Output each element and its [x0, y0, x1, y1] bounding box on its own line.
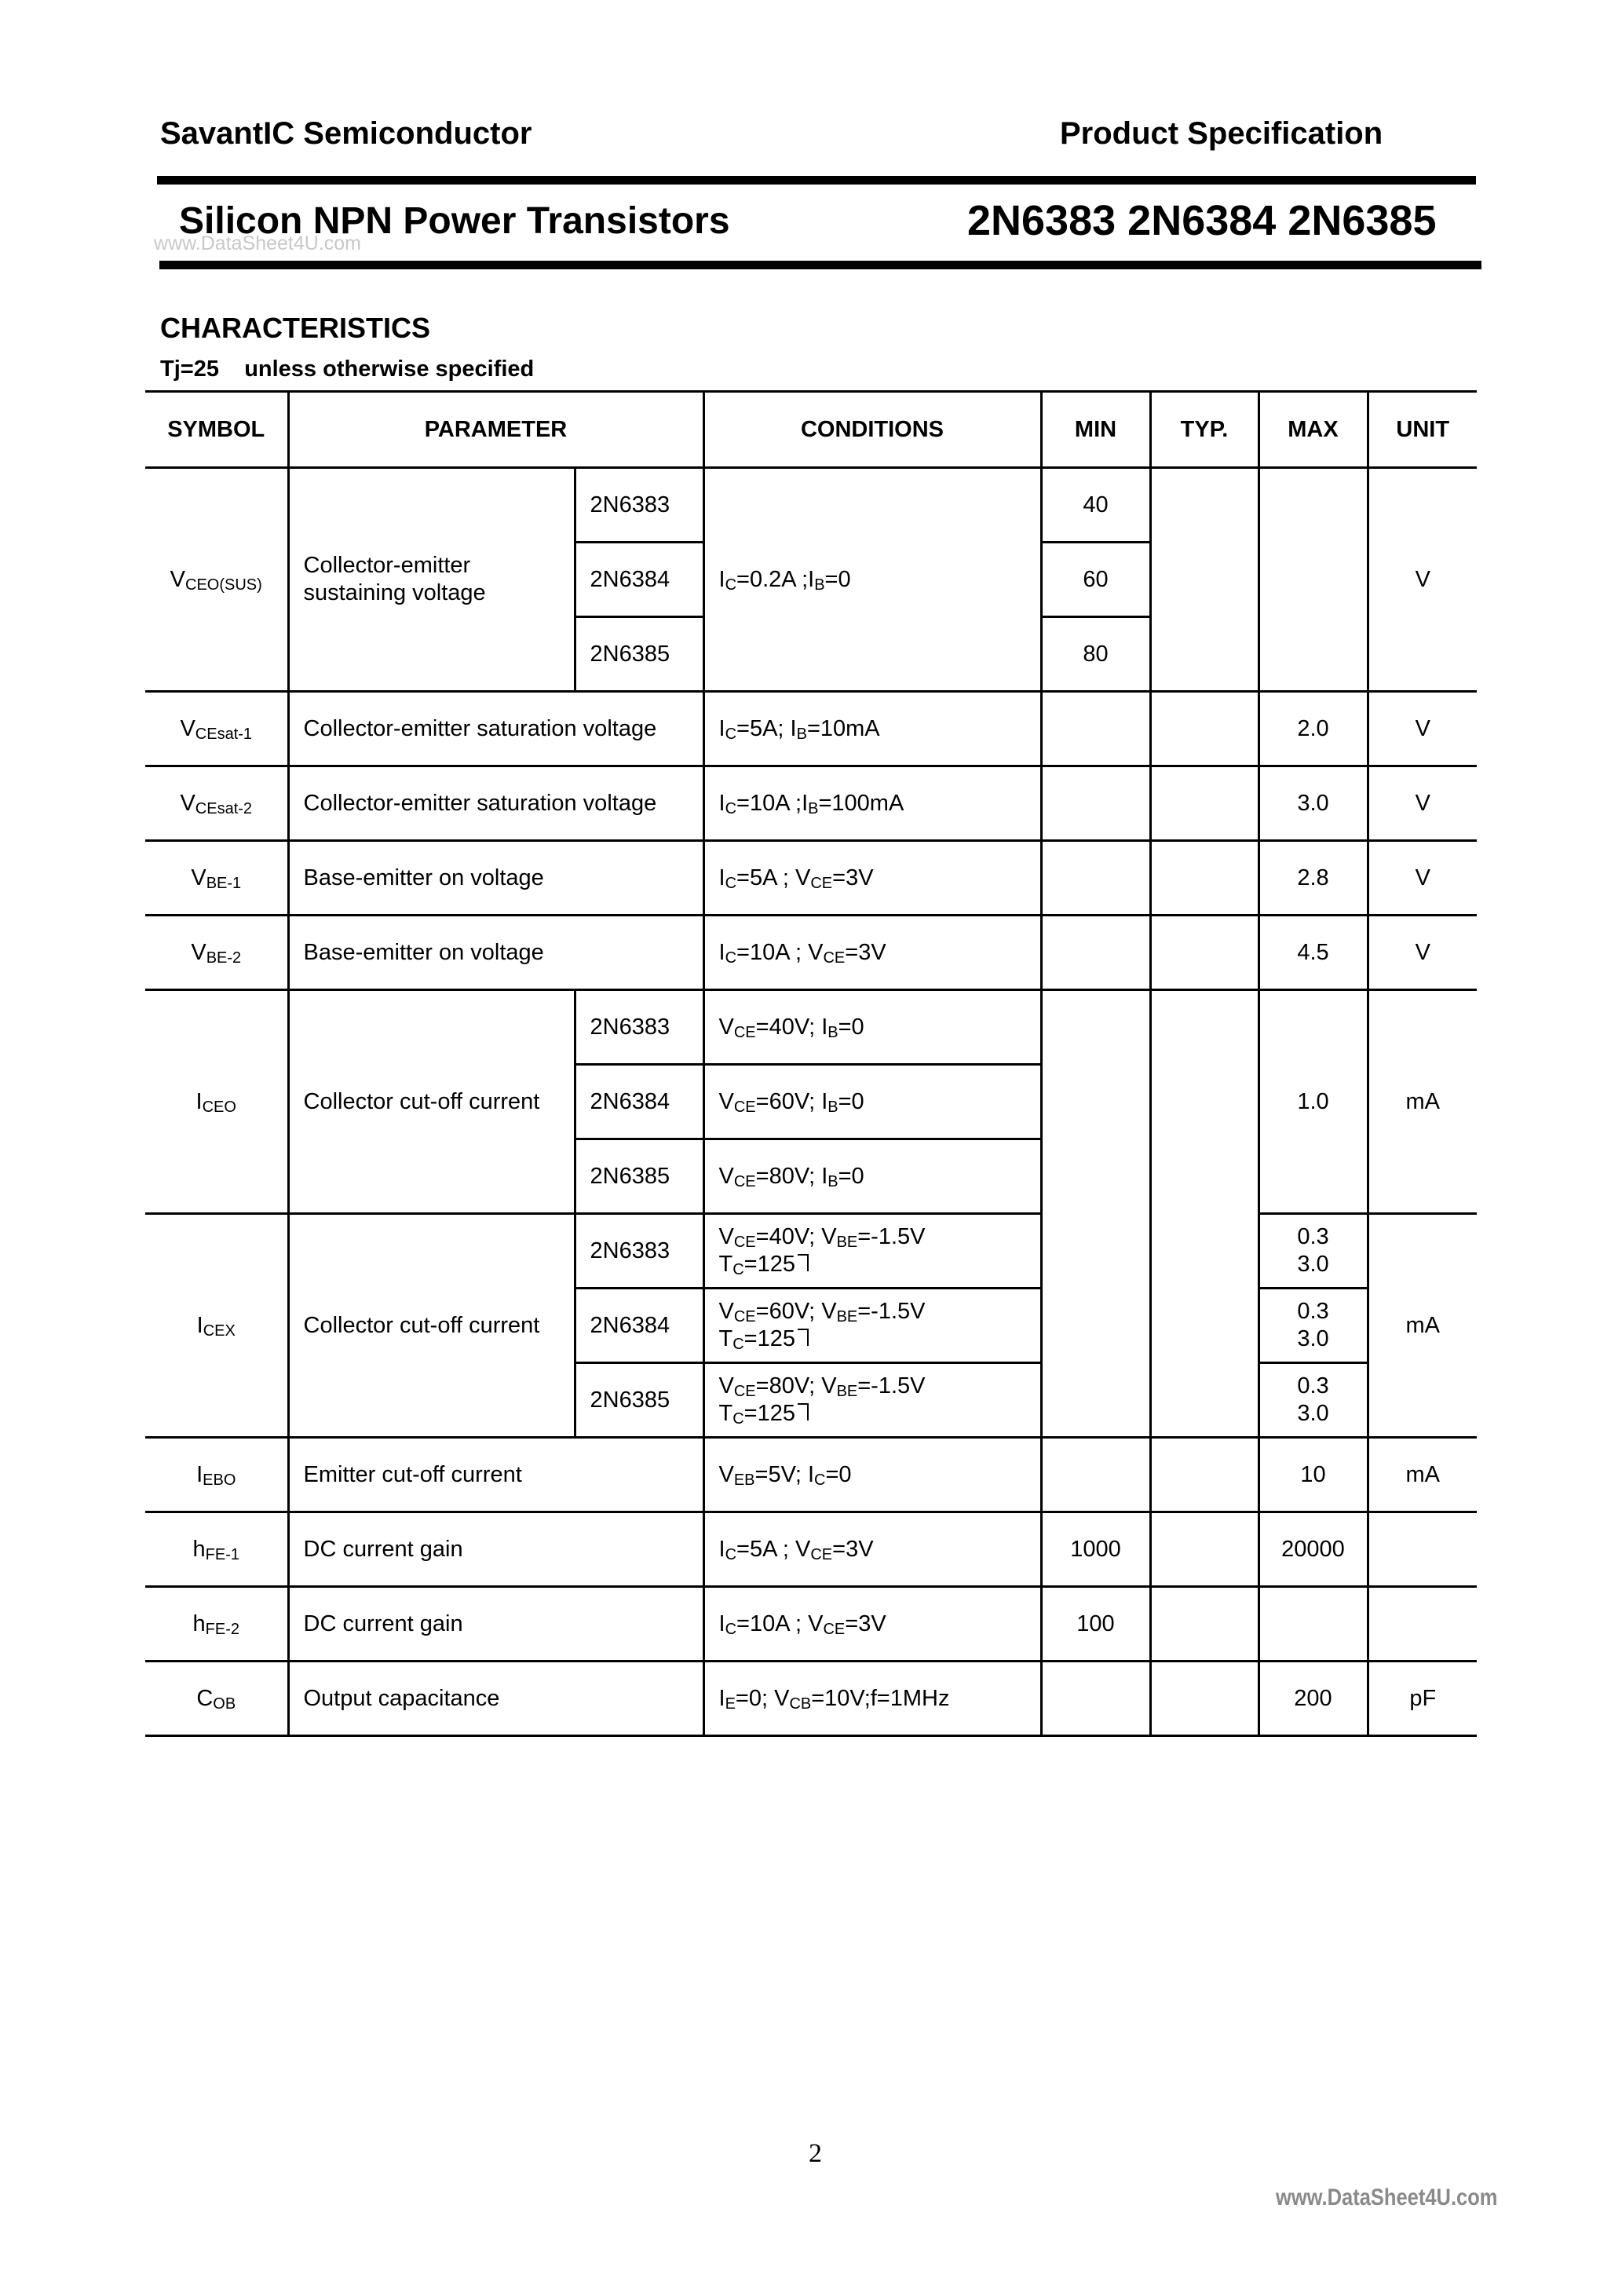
max-cell: 0.33.0 [1259, 1363, 1368, 1438]
unit-cell: pF [1368, 1662, 1477, 1736]
symbol-cell: ICEX [145, 1214, 288, 1438]
table-row: VCEO(SUS) Collector-emittersustaining vo… [145, 468, 1477, 543]
variant-cell: 2N6385 [575, 617, 703, 692]
max-cell: 0.33.0 [1259, 1289, 1368, 1363]
max-cell: 4.5 [1259, 916, 1368, 990]
unit-cell: V [1368, 766, 1477, 841]
col-header-min: MIN [1041, 392, 1150, 468]
conditions-cell: IE=0; VCB=10V;f=1MHz [703, 1662, 1041, 1736]
col-header-max: MAX [1259, 392, 1368, 468]
unit-cell: V [1368, 841, 1477, 916]
variant-cell: 2N6385 [575, 1139, 703, 1214]
max-cell [1259, 468, 1368, 692]
conditions-cell: IC=10A ;IB=100mA [703, 766, 1041, 841]
parameter-cell: Collector-emitter saturation voltage [288, 766, 703, 841]
table-row: ICEX Collector cut-off current 2N6383 VC… [145, 1214, 1477, 1289]
test-condition-note: Tj=25 unless otherwise specified [160, 356, 534, 382]
unit-cell: V [1368, 916, 1477, 990]
page-number: 2 [809, 2139, 822, 2169]
typ-cell [1150, 1438, 1259, 1512]
col-header-parameter: PARAMETER [288, 392, 703, 468]
col-header-typ: TYP. [1150, 392, 1259, 468]
min-cell [1041, 766, 1150, 841]
typ-cell [1150, 1512, 1259, 1587]
min-cell [1041, 841, 1150, 916]
col-header-symbol: SYMBOL [145, 392, 288, 468]
unit-cell: V [1368, 468, 1477, 692]
conditions-cell: IC=5A; IB=10mA [703, 692, 1041, 766]
degree-celsius-glyph-icon [798, 1403, 809, 1420]
symbol-cell: COB [145, 1662, 288, 1736]
typ-cell [1150, 468, 1259, 692]
min-cell: 100 [1041, 1587, 1150, 1662]
max-cell: 10 [1259, 1438, 1368, 1512]
variant-cell: 2N6383 [575, 1214, 703, 1289]
symbol-cell: ICEO [145, 990, 288, 1214]
header-rule-bottom [159, 261, 1481, 269]
document-type: Product Specification [1060, 116, 1383, 152]
min-cell: 60 [1041, 543, 1150, 617]
symbol-cell: VCEsat-2 [145, 766, 288, 841]
table-row: VBE-1 Base-emitter on voltage IC=5A ; VC… [145, 841, 1477, 916]
company-name: SavantIC Semiconductor [160, 116, 532, 152]
conditions-cell: IC=5A ; VCE=3V [703, 841, 1041, 916]
variant-cell: 2N6383 [575, 990, 703, 1065]
min-cell [1041, 692, 1150, 766]
parameter-cell: DC current gain [288, 1512, 703, 1587]
col-header-unit: UNIT [1368, 392, 1477, 468]
table-row: hFE-1 DC current gain IC=5A ; VCE=3V 100… [145, 1512, 1477, 1587]
parameter-cell: Collector cut-off current [288, 990, 575, 1214]
table-header-row: SYMBOL PARAMETER CONDITIONS MIN TYP. MAX… [145, 392, 1477, 468]
min-cell [1041, 1662, 1150, 1736]
degree-celsius-glyph-icon [798, 1254, 809, 1271]
parameter-cell: Base-emitter on voltage [288, 916, 703, 990]
parameter-cell: Collector-emitter saturation voltage [288, 692, 703, 766]
part-numbers: 2N6383 2N6384 2N6385 [967, 196, 1436, 245]
parameter-cell: DC current gain [288, 1587, 703, 1662]
conditions-cell: IC=0.2A ;IB=0 [703, 468, 1041, 692]
table-row: hFE-2 DC current gain IC=10A ; VCE=3V 10… [145, 1587, 1477, 1662]
typ-cell [1150, 841, 1259, 916]
unit-cell [1368, 1512, 1477, 1587]
symbol-cell: hFE-1 [145, 1512, 288, 1587]
max-cell: 0.33.0 [1259, 1214, 1368, 1289]
conditions-cell: VEB=5V; IC=0 [703, 1438, 1041, 1512]
min-cell: 80 [1041, 617, 1150, 692]
symbol-cell: VBE-1 [145, 841, 288, 916]
parameter-cell: Output capacitance [288, 1662, 703, 1736]
table-row: VCEsat-1 Collector-emitter saturation vo… [145, 692, 1477, 766]
variant-cell: 2N6384 [575, 1065, 703, 1139]
typ-cell [1150, 1587, 1259, 1662]
conditions-cell: VCE=80V; VBE=-1.5VTC=125 [703, 1363, 1041, 1438]
symbol-cell: IEBO [145, 1438, 288, 1512]
max-cell: 2.8 [1259, 841, 1368, 916]
min-cell: 40 [1041, 468, 1150, 543]
min-cell: 1000 [1041, 1512, 1150, 1587]
max-cell: 200 [1259, 1662, 1368, 1736]
unit-cell: mA [1368, 1214, 1477, 1438]
conditions-cell: IC=5A ; VCE=3V [703, 1512, 1041, 1587]
unit-cell: mA [1368, 990, 1477, 1214]
variant-cell: 2N6384 [575, 1289, 703, 1363]
max-cell [1259, 1587, 1368, 1662]
table-row: VCEsat-2 Collector-emitter saturation vo… [145, 766, 1477, 841]
degree-celsius-glyph-icon [798, 1329, 809, 1346]
typ-cell [1150, 1662, 1259, 1736]
max-cell: 1.0 [1259, 990, 1368, 1214]
parameter-cell: Base-emitter on voltage [288, 841, 703, 916]
min-cell [1041, 1438, 1150, 1512]
variant-cell: 2N6383 [575, 468, 703, 543]
symbol-cell: hFE-2 [145, 1587, 288, 1662]
min-cell [1041, 916, 1150, 990]
typ-cell [1150, 692, 1259, 766]
watermark-bottom[interactable]: www.DataSheet4U.com [1276, 2184, 1497, 2211]
conditions-cell: VCE=60V; IB=0 [703, 1065, 1041, 1139]
table-row: ICEO Collector cut-off current 2N6383 VC… [145, 990, 1477, 1065]
min-cell [1041, 990, 1150, 1438]
parameter-cell: Emitter cut-off current [288, 1438, 703, 1512]
unit-cell: mA [1368, 1438, 1477, 1512]
max-cell: 3.0 [1259, 766, 1368, 841]
symbol-cell: VBE-2 [145, 916, 288, 990]
watermark-top: www.DataSheet4U.com [154, 232, 361, 255]
parameter-cell: Collector-emittersustaining voltage [288, 468, 575, 692]
typ-cell [1150, 916, 1259, 990]
col-header-conditions: CONDITIONS [703, 392, 1041, 468]
table-row: COB Output capacitance IE=0; VCB=10V;f=1… [145, 1662, 1477, 1736]
max-cell: 20000 [1259, 1512, 1368, 1587]
typ-cell [1150, 766, 1259, 841]
table-row: VBE-2 Base-emitter on voltage IC=10A ; V… [145, 916, 1477, 990]
symbol-cell: VCEO(SUS) [145, 468, 288, 692]
conditions-cell: IC=10A ; VCE=3V [703, 1587, 1041, 1662]
conditions-cell: VCE=40V; IB=0 [703, 990, 1041, 1065]
max-cell: 2.0 [1259, 692, 1368, 766]
conditions-cell: VCE=60V; VBE=-1.5VTC=125 [703, 1289, 1041, 1363]
section-title: CHARACTERISTICS [160, 312, 430, 345]
characteristics-table: SYMBOL PARAMETER CONDITIONS MIN TYP. MAX… [145, 390, 1477, 1737]
unit-cell: V [1368, 692, 1477, 766]
conditions-cell: VCE=40V; VBE=-1.5VTC=125 [703, 1214, 1041, 1289]
conditions-cell: VCE=80V; IB=0 [703, 1139, 1041, 1214]
symbol-cell: VCEsat-1 [145, 692, 288, 766]
parameter-cell: Collector cut-off current [288, 1214, 575, 1438]
table-row: IEBO Emitter cut-off current VEB=5V; IC=… [145, 1438, 1477, 1512]
typ-cell [1150, 990, 1259, 1438]
variant-cell: 2N6385 [575, 1363, 703, 1438]
unit-cell [1368, 1587, 1477, 1662]
conditions-cell: IC=10A ; VCE=3V [703, 916, 1041, 990]
variant-cell: 2N6384 [575, 543, 703, 617]
header-rule-top [157, 176, 1476, 185]
